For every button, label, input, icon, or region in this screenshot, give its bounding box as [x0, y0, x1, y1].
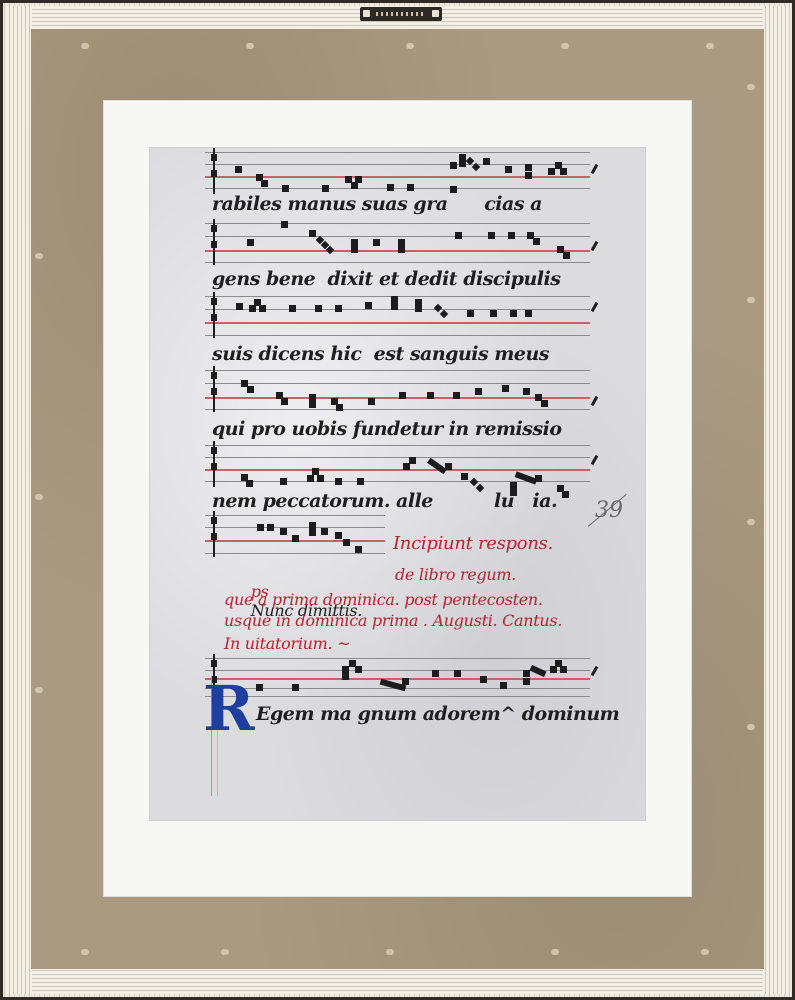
- rubric-line: usque in dominica prima . Augusti. Cantu…: [224, 611, 562, 630]
- lyric-line: qui pro uobis fundetur in remissio: [212, 418, 562, 440]
- picture-frame: rabiles manus suas gra cias a gens bene …: [0, 0, 795, 1000]
- nail-icon: [81, 43, 89, 49]
- nail-icon: [747, 519, 755, 525]
- c-clef-icon: [213, 292, 215, 338]
- c-clef-icon: [213, 511, 215, 557]
- nail-icon: [747, 724, 755, 730]
- c-clef-icon: [213, 148, 215, 194]
- folio-number: 39: [595, 498, 623, 523]
- initial-letter-r: R: [203, 678, 255, 740]
- manuscript-leaf: rabiles manus suas gra cias a gens bene …: [150, 148, 645, 820]
- nail-icon: [561, 43, 569, 49]
- nail-icon: [81, 949, 89, 955]
- nail-icon: [35, 253, 43, 259]
- music-staff: [205, 370, 590, 410]
- nail-icon: [706, 43, 714, 49]
- c-clef-icon: [213, 441, 215, 487]
- music-staff: [205, 515, 385, 555]
- music-staff: [205, 296, 590, 336]
- nail-icon: [747, 84, 755, 90]
- nail-icon: [386, 949, 394, 955]
- illuminated-initial: R: [203, 686, 249, 754]
- music-staff: [205, 223, 590, 263]
- c-clef-icon: [213, 366, 215, 412]
- lyric-line: gens bene dixit et dedit discipulis: [212, 268, 560, 290]
- nail-icon: [747, 297, 755, 303]
- nail-icon: [551, 949, 559, 955]
- music-staff: [205, 152, 590, 192]
- frame-molding-right: [763, 6, 789, 994]
- frame-molding-left: [6, 6, 32, 994]
- lyric-line: rabiles manus suas gra cias a: [212, 193, 542, 215]
- lyric-line-invitatory: Egem ma gnum adorem^ dominum: [256, 703, 619, 725]
- rubric-line: que a prima dominica. post pentecosten.: [224, 590, 543, 609]
- frame-molding-bottom: [6, 966, 789, 994]
- nail-icon: [701, 949, 709, 955]
- lyric-line: nem peccatorum. alle lu ia.: [212, 490, 557, 512]
- nail-icon: [221, 949, 229, 955]
- sawtooth-hanger-icon: [360, 7, 442, 21]
- nail-icon: [35, 494, 43, 500]
- c-clef-icon: [213, 219, 215, 265]
- lyric-line: suis dicens hic est sanguis meus: [212, 343, 549, 365]
- rubric-incipit: Incipiunt respons.: [393, 533, 553, 554]
- rubric-line: de libro regum.: [395, 565, 516, 584]
- nail-icon: [246, 43, 254, 49]
- nail-icon: [406, 43, 414, 49]
- nail-icon: [35, 687, 43, 693]
- music-staff: [205, 658, 590, 698]
- rubric-line: In uitatorium. ~: [224, 634, 350, 653]
- music-staff: [205, 445, 590, 485]
